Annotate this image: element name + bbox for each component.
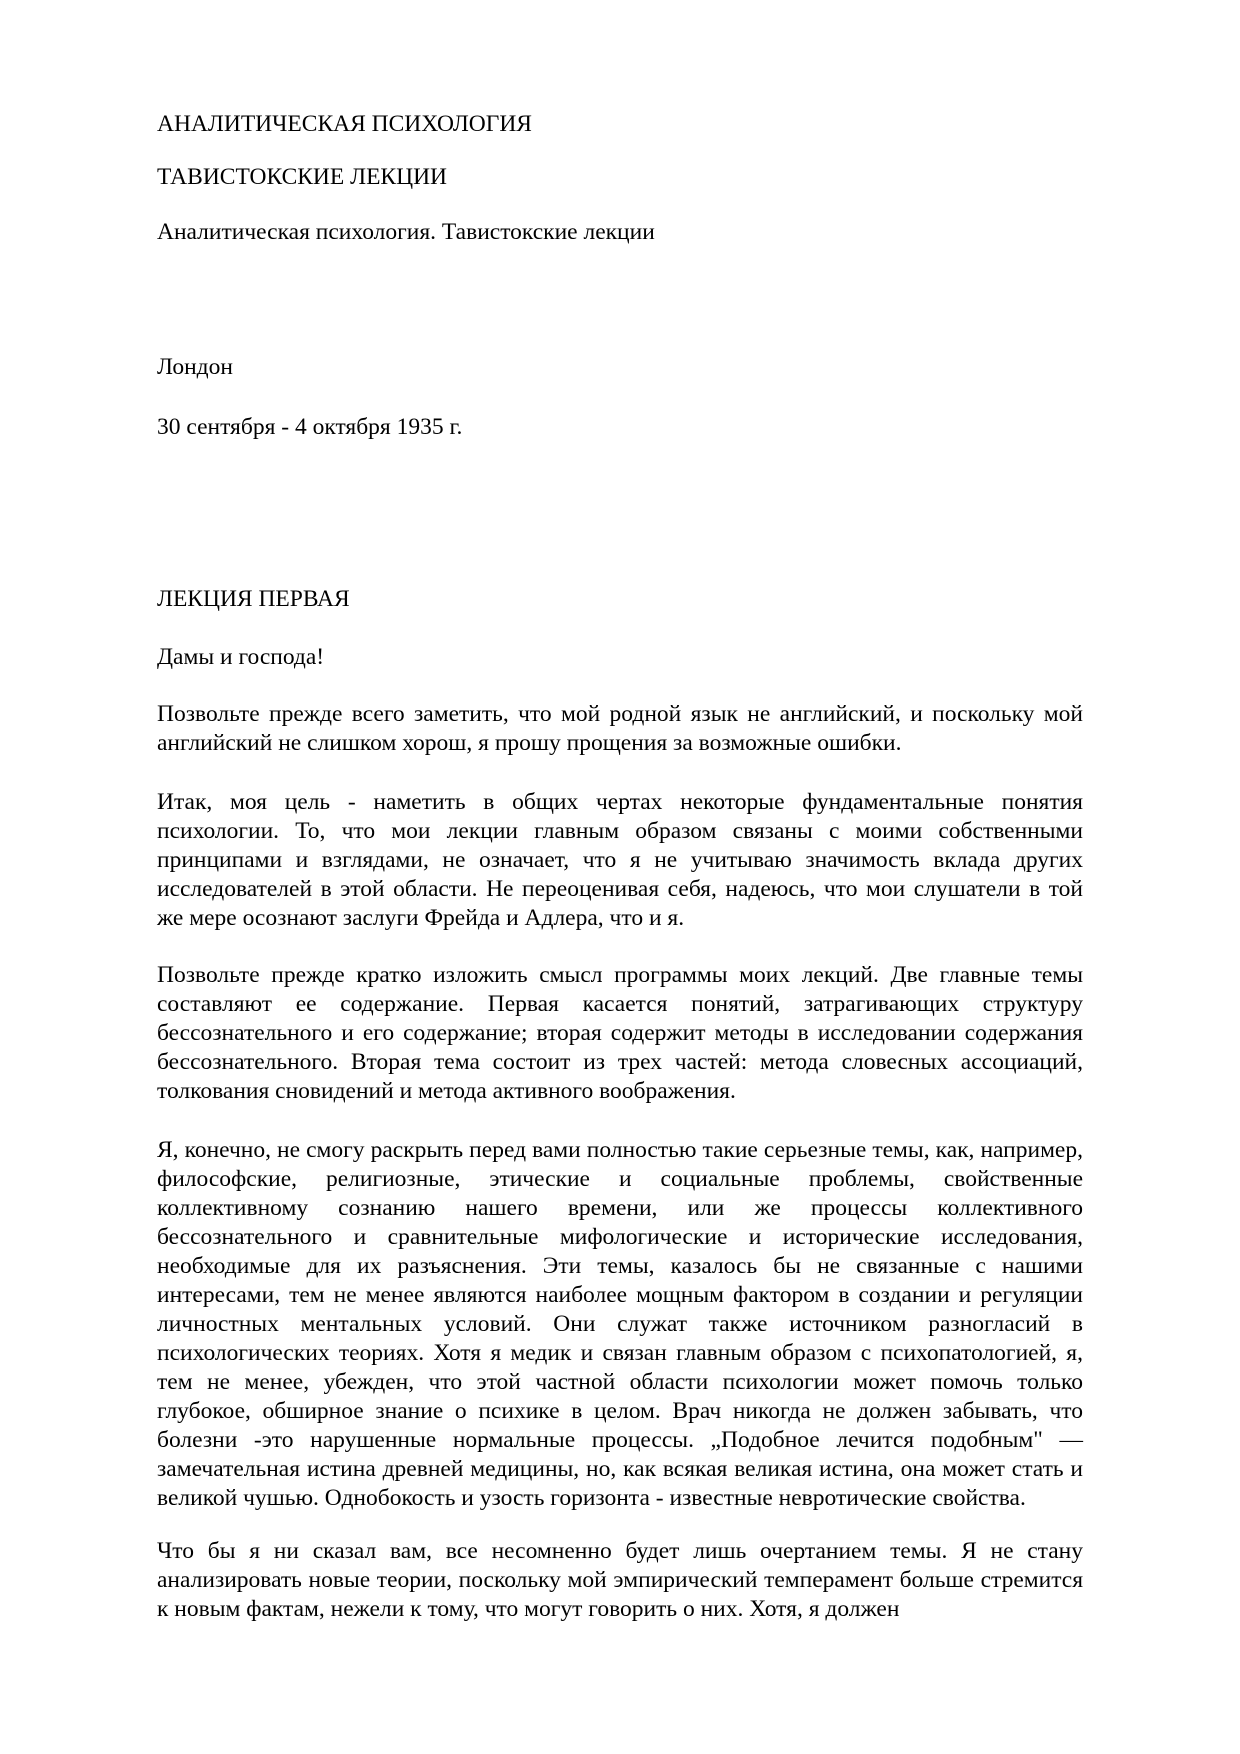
document-title-line2: ТАВИСТОКСКИЕ ЛЕКЦИИ bbox=[157, 163, 1083, 192]
salutation-line: Дамы и господа! bbox=[157, 643, 1083, 672]
document-title-line1: АНАЛИТИЧЕСКАЯ ПСИХОЛОГИЯ bbox=[157, 110, 1083, 139]
location-line: Лондон bbox=[157, 353, 1083, 382]
paragraph-2: Итак, моя цель - наметить в общих чертах… bbox=[157, 788, 1083, 933]
paragraph-5: Что бы я ни сказал вам, все несомненно б… bbox=[157, 1537, 1083, 1624]
date-line: 30 сентября - 4 октября 1935 г. bbox=[157, 413, 1083, 442]
document-page: АНАЛИТИЧЕСКАЯ ПСИХОЛОГИЯ ТАВИСТОКСКИЕ ЛЕ… bbox=[0, 0, 1240, 1754]
paragraph-1: Позвольте прежде всего заметить, что мой… bbox=[157, 700, 1083, 758]
paragraph-3: Позвольте прежде кратко изложить смысл п… bbox=[157, 961, 1083, 1106]
paragraph-4: Я, конечно, не смогу раскрыть перед вами… bbox=[157, 1136, 1083, 1513]
lecture-heading: ЛЕКЦИЯ ПЕРВАЯ bbox=[157, 585, 1083, 614]
document-subtitle: Аналитическая психология. Тавистокские л… bbox=[157, 218, 1083, 247]
